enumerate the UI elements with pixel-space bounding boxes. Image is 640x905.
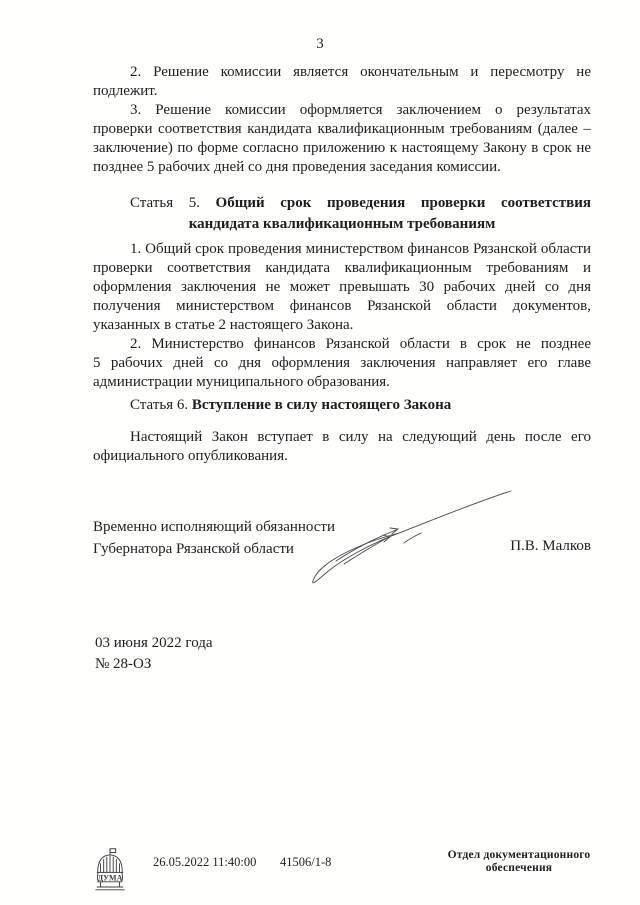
duma-logo-text: ДУМА (98, 873, 123, 882)
text-line: 3. Решение комиссии оформляется заключен… (93, 101, 591, 120)
article-6-heading-line: Статья 6. Вступление в силу настоящего З… (93, 396, 591, 415)
article-5-title-part2: кандидата квалификационным требованиям (93, 214, 591, 235)
text-line: 2. Решение комиссии является окончательн… (93, 63, 591, 82)
signatory-name: П.В. Малков (93, 537, 591, 556)
article-5-heading: Статья 5. Общий срок проведения проверки… (93, 193, 591, 235)
body-paragraph-3: 3. Решение комиссии оформляется заключен… (93, 101, 591, 177)
body-paragraph-2: 2. Решение комиссии является окончательн… (93, 63, 591, 101)
text-line: 2. Министерство финансов Рязанской облас… (93, 335, 591, 354)
text-line: проверки соответствия кандидата квалифик… (93, 259, 591, 278)
scanned-law-page: 3 2. Решение комиссии является окончател… (0, 0, 640, 905)
text-line: оформления заключения не может превышать… (93, 278, 591, 297)
issue-block: 03 июня 2022 года № 28-ОЗ (95, 633, 213, 675)
text-line: официального опубликования. (93, 447, 591, 466)
text-line: позднее 5 рабочих дней со дня проведения… (93, 158, 591, 177)
article-5-title-part1: Общий срок проведения проверки соответст… (216, 195, 591, 211)
footer-department-line1: Отдел документационного (430, 849, 608, 862)
text-line: администрации муниципального образования… (93, 373, 591, 392)
text-line: 5 рабочих дней со дня оформления заключе… (93, 354, 591, 373)
footer-registration-number: 41506/1-8 (280, 855, 331, 870)
text-line: заключение) по форме согласно приложению… (93, 139, 591, 158)
article-5-label: Статья 5. (130, 195, 200, 211)
text-line: 1. Общий срок проведения министерством ф… (93, 240, 591, 259)
text-line: получения министерством финансов Рязанск… (93, 297, 591, 316)
article-6-title: Вступление в силу настоящего Закона (192, 397, 451, 413)
footer-department-line2: обеспечения (430, 862, 608, 875)
text-line: Настоящий Закон вступает в силу на следу… (93, 428, 591, 447)
article-5-paragraph-2: 2. Министерство финансов Рязанской облас… (93, 335, 591, 392)
article-6-paragraph: Настоящий Закон вступает в силу на следу… (93, 428, 591, 466)
page-number: 3 (0, 36, 640, 53)
duma-logo: ДУМА (93, 846, 127, 894)
handwritten-signature-icon (308, 481, 516, 591)
article-5-paragraph-1: 1. Общий срок проведения министерством ф… (93, 240, 591, 335)
article-6-heading: Статья 6. Вступление в силу настоящего З… (93, 396, 591, 415)
text-line: проверки соответствия кандидата квалифик… (93, 120, 591, 139)
text-line: указанных в статье 2 настоящего Закона. (93, 316, 591, 335)
issue-date: 03 июня 2022 года (95, 633, 213, 654)
issue-number: № 28-ОЗ (95, 654, 213, 675)
footer-timestamp: 26.05.2022 11:40:00 (153, 855, 256, 870)
text-line: подлежит. (93, 82, 591, 101)
article-5-heading-line1: Статья 5. Общий срок проведения проверки… (93, 193, 591, 214)
footer-department: Отдел документационного обеспечения (430, 849, 608, 875)
duma-dome-icon: ДУМА (93, 846, 127, 894)
signature-scribble (308, 481, 516, 591)
article-6-label: Статья 6. (130, 397, 188, 413)
